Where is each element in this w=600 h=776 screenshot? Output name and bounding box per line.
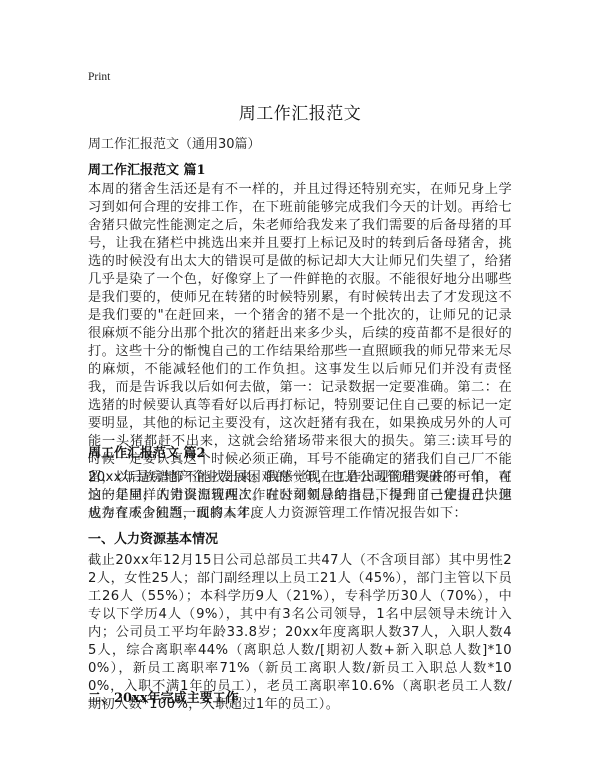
- document-title: 周工作汇报范文: [88, 99, 512, 124]
- section-heading-2: 周工作汇报范文 篇2: [88, 442, 206, 461]
- subsection-heading-hr-basics: 一、人力资源基本情况: [88, 528, 218, 547]
- section-paragraph-2: 20xx年是房地产企业发展困难的一年，也是公司管理突破的一年，在这一年里，人力资…: [88, 469, 512, 523]
- subsection-heading-main-work: 二、20xx年完成主要工作: [88, 687, 239, 706]
- section-heading-1: 周工作汇报范文 篇1: [88, 159, 206, 178]
- print-label[interactable]: Print: [88, 71, 110, 83]
- document-subtitle: 周工作汇报范文（通用30篇）: [88, 133, 261, 152]
